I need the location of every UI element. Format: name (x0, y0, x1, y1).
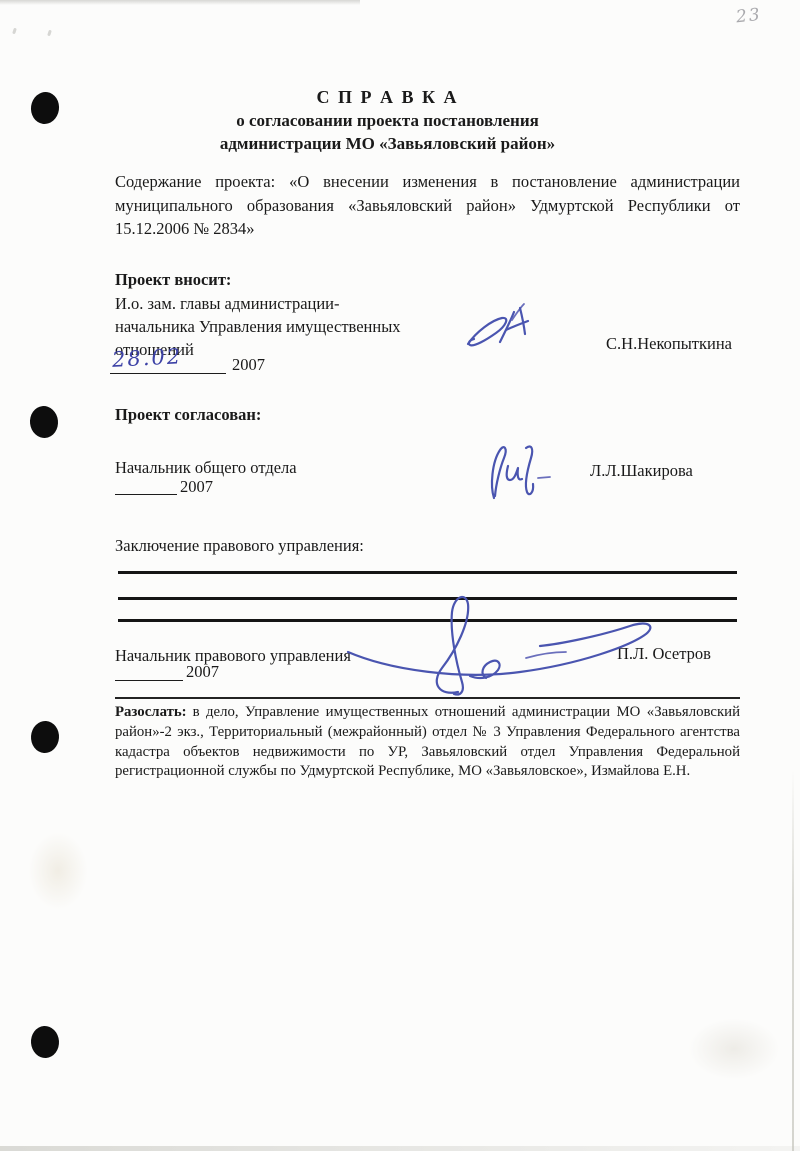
project-content-label: Содержание проекта: (115, 172, 275, 191)
legal-conclusion-heading: Заключение правового управления: (115, 534, 364, 557)
scan-edge-artifact-bottom (0, 1146, 800, 1151)
handwritten-page-number: 23 (735, 5, 763, 28)
date-blank-line (115, 680, 183, 681)
document-title: С П Р А В К А (0, 86, 775, 109)
document-subtitle-line: о согласовании проекта постановления (0, 109, 775, 132)
date-blank-line (115, 494, 177, 495)
distribution-label: Разослать: (115, 704, 187, 720)
submitter-position-line: И.о. зам. главы администрации- (115, 292, 401, 315)
scan-smudge (28, 832, 88, 910)
agreed-position: Начальник общего отдела (115, 456, 297, 479)
project-content-paragraph: Содержание проекта:«О внесении изменения… (115, 170, 740, 241)
scan-smudge (688, 1018, 780, 1080)
hole-punch (30, 1025, 60, 1059)
signature-nekopytkina (462, 298, 547, 360)
signature-shakirova (482, 436, 552, 502)
document-subtitle-line: администрации МО «Завьяловский район» (0, 132, 775, 155)
scan-edge-artifact-top (0, 0, 360, 5)
date-blank-line (110, 373, 226, 374)
distribution-separator-line (115, 697, 740, 699)
submitter-position-line: начальника Управления имущественных (115, 315, 401, 338)
agreed-heading: Проект согласован: (115, 403, 261, 426)
submits-year: 2007 (232, 355, 265, 375)
distribution-paragraph: Разослать:в дело, Управление имущественн… (115, 703, 740, 782)
distribution-text: в дело, Управление имущественных отношен… (115, 704, 740, 779)
scan-speck (12, 28, 17, 35)
scan-edge-artifact-right (792, 770, 794, 1151)
signature-osetrov (330, 588, 670, 700)
document-heading: С П Р А В К А о согласовании проекта пос… (0, 86, 775, 155)
legal-year: 2007 (186, 662, 219, 682)
agreed-name: Л.Л.Шакирова (590, 461, 693, 481)
submitter-name: С.Н.Некопыткина (600, 334, 732, 354)
scanned-document-page: 23 С П Р А В К А о согласовании проекта … (0, 0, 800, 1151)
hole-punch (30, 720, 60, 754)
handwritten-date: 28.02 (111, 344, 182, 372)
agreed-year: 2007 (180, 477, 213, 497)
legal-position: Начальник правового управления (115, 644, 351, 667)
submits-heading: Проект вносит: (115, 268, 231, 291)
scan-speck (47, 30, 52, 37)
hole-punch (28, 405, 59, 440)
conclusion-ruling-line (118, 571, 737, 574)
